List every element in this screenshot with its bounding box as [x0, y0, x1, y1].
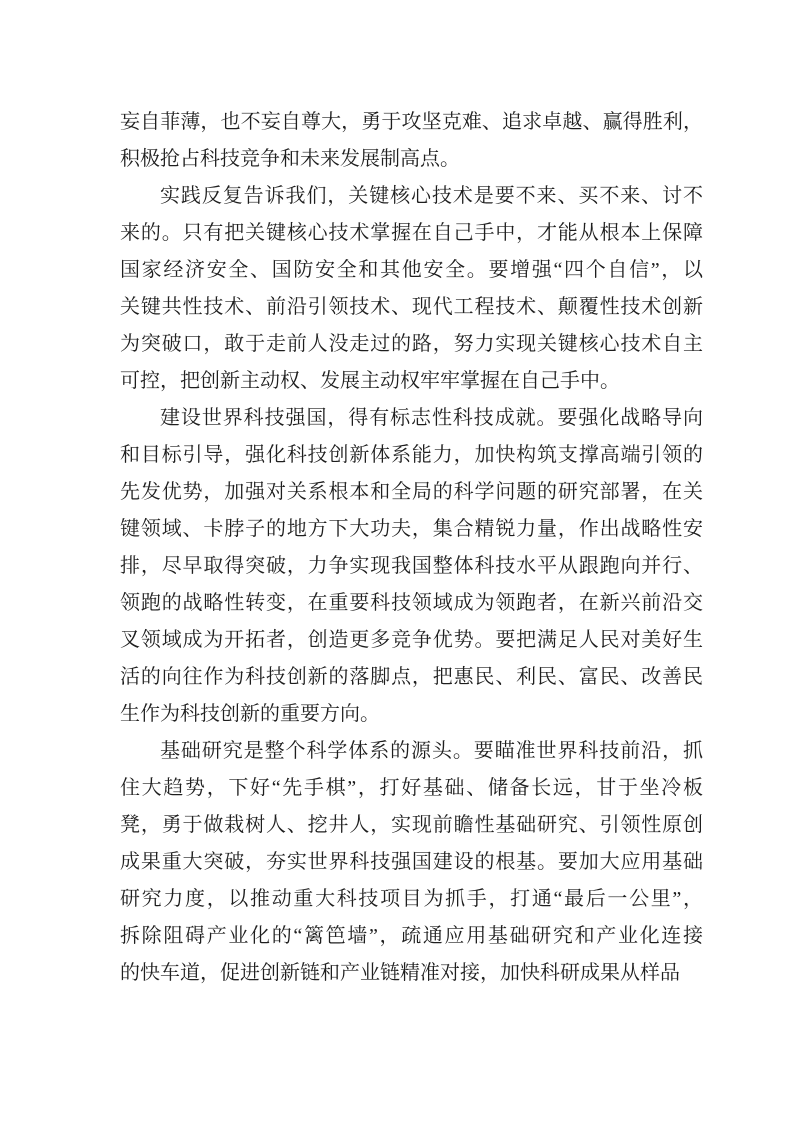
paragraph: 基础研究是整个科学体系的源头。要瞄准世界科技前沿，抓住大趋势，下好“先手棋”，打…	[120, 733, 703, 992]
text-line: 领跑的战略性转变，在重要科技领域成为领跑者，在新兴前沿交	[120, 585, 703, 622]
text-line: 可控，把创新主动权、发展主动权牢牢掌握在自己手中。	[120, 363, 703, 400]
paragraph: 妄自菲薄，也不妄自尊大，勇于攻坚克难、追求卓越、赢得胜利，积极抢占科技竞争和未来…	[120, 104, 703, 178]
text-line: 键领域、卡脖子的地方下大功夫，集合精锐力量，作出战略性安	[120, 511, 703, 548]
text-line: 积极抢占科技竞争和未来发展制高点。	[120, 141, 703, 178]
text-line: 成果重大突破，夯实世界科技强国建设的根基。要加大应用基础	[120, 844, 703, 881]
text-line: 妄自菲薄，也不妄自尊大，勇于攻坚克难、追求卓越、赢得胜利，	[120, 104, 703, 141]
text-line: 关键共性技术、前沿引领技术、现代工程技术、颠覆性技术创新	[120, 289, 703, 326]
text-line: 来的。只有把关键核心技术掌握在自己手中，才能从根本上保障	[120, 215, 703, 252]
paragraph: 建设世界科技强国，得有标志性科技成就。要强化战略导向和目标引导，强化科技创新体系…	[120, 400, 703, 733]
text-line: 基础研究是整个科学体系的源头。要瞄准世界科技前沿，抓	[120, 733, 703, 770]
text-line: 国家经济安全、国防安全和其他安全。要增强“四个自信”，以	[120, 252, 703, 289]
text-line: 排，尽早取得突破，力争实现我国整体科技水平从跟跑向并行、	[120, 548, 703, 585]
text-line: 凳，勇于做栽树人、挖井人，实现前瞻性基础研究、引领性原创	[120, 807, 703, 844]
text-line: 为突破口，敢于走前人没走过的路，努力实现关键核心技术自主	[120, 326, 703, 363]
text-line: 研究力度，以推动重大科技项目为抓手，打通“最后一公里”，	[120, 881, 703, 918]
text-line: 活的向往作为科技创新的落脚点，把惠民、利民、富民、改善民	[120, 659, 703, 696]
text-line: 住大趋势，下好“先手棋”，打好基础、储备长远，甘于坐冷板	[120, 770, 703, 807]
text-line: 的快车道，促进创新链和产业链精准对接，加快科研成果从样品	[120, 955, 703, 992]
text-line: 叉领域成为开拓者，创造更多竞争优势。要把满足人民对美好生	[120, 622, 703, 659]
text-line: 拆除阻碍产业化的“篱笆墙”，疏通应用基础研究和产业化连接	[120, 918, 703, 955]
text-line: 生作为科技创新的重要方向。	[120, 696, 703, 733]
document-page: 妄自菲薄，也不妄自尊大，勇于攻坚克难、追求卓越、赢得胜利，积极抢占科技竞争和未来…	[0, 0, 793, 1122]
document-text-block: 妄自菲薄，也不妄自尊大，勇于攻坚克难、追求卓越、赢得胜利，积极抢占科技竞争和未来…	[120, 104, 703, 992]
paragraph: 实践反复告诉我们，关键核心技术是要不来、买不来、讨不来的。只有把关键核心技术掌握…	[120, 178, 703, 400]
text-line: 和目标引导，强化科技创新体系能力，加快构筑支撑高端引领的	[120, 437, 703, 474]
text-line: 建设世界科技强国，得有标志性科技成就。要强化战略导向	[120, 400, 703, 437]
text-line: 先发优势，加强对关系根本和全局的科学问题的研究部署，在关	[120, 474, 703, 511]
text-line: 实践反复告诉我们，关键核心技术是要不来、买不来、讨不	[120, 178, 703, 215]
